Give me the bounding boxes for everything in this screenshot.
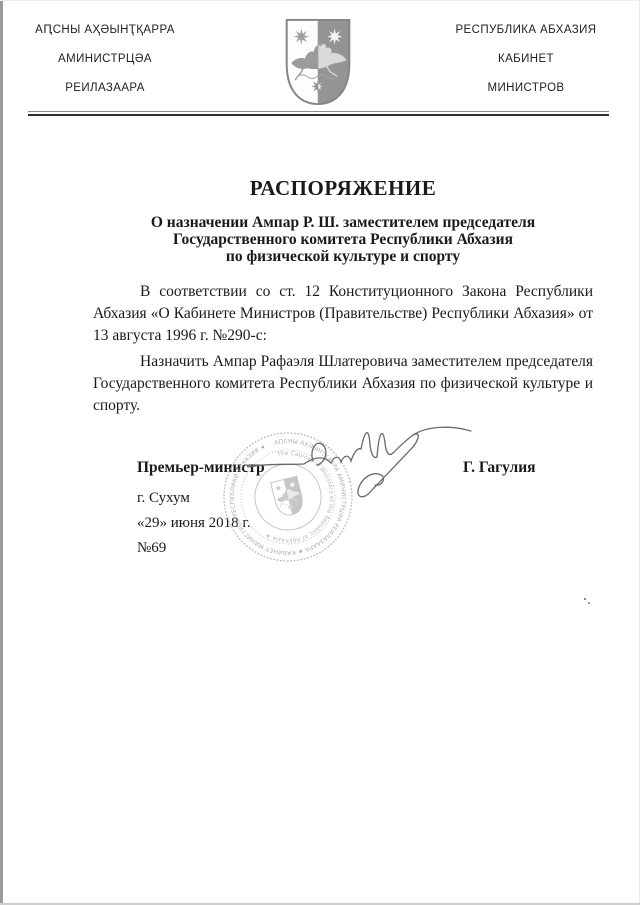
letterhead-russian-line: РЕСПУБЛИКА АБХАЗИЯ	[428, 23, 624, 37]
coat-of-arms-icon	[283, 17, 353, 107]
document-page: АԤСНЫ АҲӘЫНҬҚАРРА АМИНИСТРЦӘА РЕИЛАЗААРА…	[0, 0, 640, 905]
letterhead-abkhaz-line: АԤСНЫ АҲӘЫНҬҚАРРА	[15, 23, 195, 37]
document-number: №69	[137, 540, 166, 557]
signature-autograph	[240, 419, 488, 511]
subject-line: по физической культуре и спорту	[93, 248, 593, 265]
document-title: РАСПОРЯЖЕНИЕ	[93, 176, 593, 201]
letterhead-russian: РЕСПУБЛИКА АБХАЗИЯ КАБИНЕТ МИНИСТРОВ	[428, 23, 624, 110]
subject-line: Государственного комитета Республики Абх…	[93, 231, 593, 248]
scan-speck	[584, 598, 586, 600]
letterhead-russian-line: КАБИНЕТ	[428, 52, 624, 66]
letterhead-abkhaz-line: РЕИЛАЗААРА	[15, 81, 195, 95]
letterhead-russian-line: МИНИСТРОВ	[428, 81, 624, 95]
place-line: г. Сухум	[137, 490, 190, 507]
body-paragraph-preamble: В соответствии со ст. 12 Конституционног…	[93, 281, 593, 347]
letterhead-abkhaz-line: АМИНИСТРЦӘА	[15, 52, 195, 66]
document-subject: О назначении Ампар Р. Ш. заместителем пр…	[93, 214, 593, 265]
header-double-rule	[28, 111, 609, 116]
scan-edge-top	[0, 0, 640, 1]
subject-line: О назначении Ампар Р. Ш. заместителем пр…	[93, 214, 593, 231]
body-paragraph-resolution: Назначить Ампар Рафаэля Шлатеровича заме…	[93, 351, 593, 417]
scan-edge-left	[0, 0, 3, 905]
letterhead-abkhaz: АԤСНЫ АҲӘЫНҬҚАРРА АМИНИСТРЦӘА РЕИЛАЗААРА	[15, 23, 195, 110]
